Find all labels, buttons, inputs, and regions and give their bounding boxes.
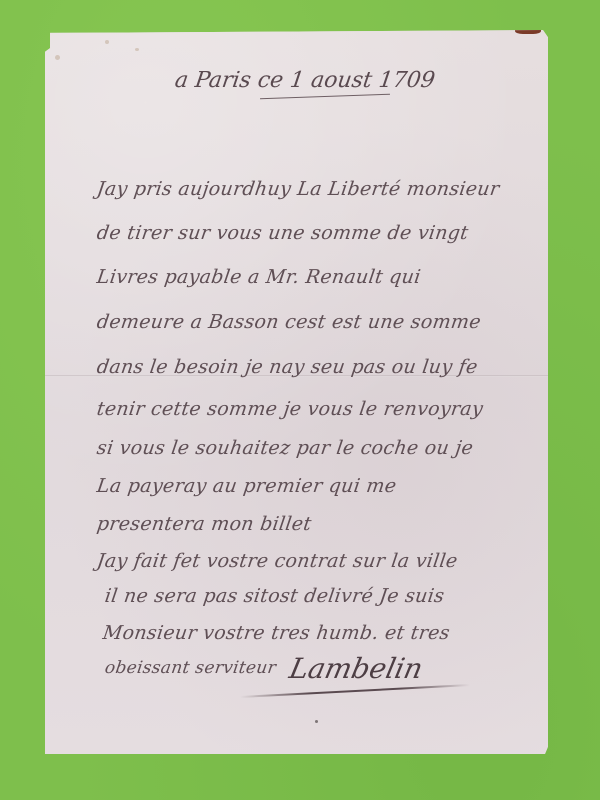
letter-line-8: La payeray au premier qui me — [95, 475, 397, 497]
letter-line-9: presentera mon billet — [95, 513, 312, 535]
place-date-heading: a Paris ce 1 aoust 1709 — [173, 68, 436, 93]
letter-line-13: obeissant serviteur — [104, 658, 278, 678]
letter-line-12: Monsieur vostre tres humb. et tres — [101, 622, 451, 644]
letter-line-6: tenir cette somme je vous le renvoyray — [95, 398, 484, 420]
paper-spot — [135, 48, 139, 51]
paper-spot — [55, 55, 60, 60]
letter-line-1: Jay pris aujourdhuy La Liberté monsieur — [95, 178, 500, 200]
letter-line-11: il ne sera pas sitost delivré Je suis — [103, 585, 445, 607]
letter-line-4: demeure a Basson cest est une somme — [95, 311, 482, 333]
letter-line-5: dans le besoin je nay seu pas ou luy fe — [95, 356, 479, 378]
paper-spot — [315, 720, 318, 723]
signature: Lambelin — [286, 652, 425, 685]
letter-line-7: si vous le souhaitez par le coche ou je — [95, 437, 474, 459]
paper-spot — [105, 40, 109, 44]
letter-paper: a Paris ce 1 aoust 1709 Jay pris aujourd… — [45, 30, 548, 754]
letter-line-3: Livres payable a Mr. Renault qui — [95, 266, 422, 288]
letter-line-10: Jay fait fet vostre contrat sur la ville — [95, 550, 459, 572]
date-underline — [260, 94, 390, 100]
letter-line-2: de tirer sur vous une somme de vingt — [95, 222, 469, 244]
signature-flourish — [240, 684, 470, 698]
